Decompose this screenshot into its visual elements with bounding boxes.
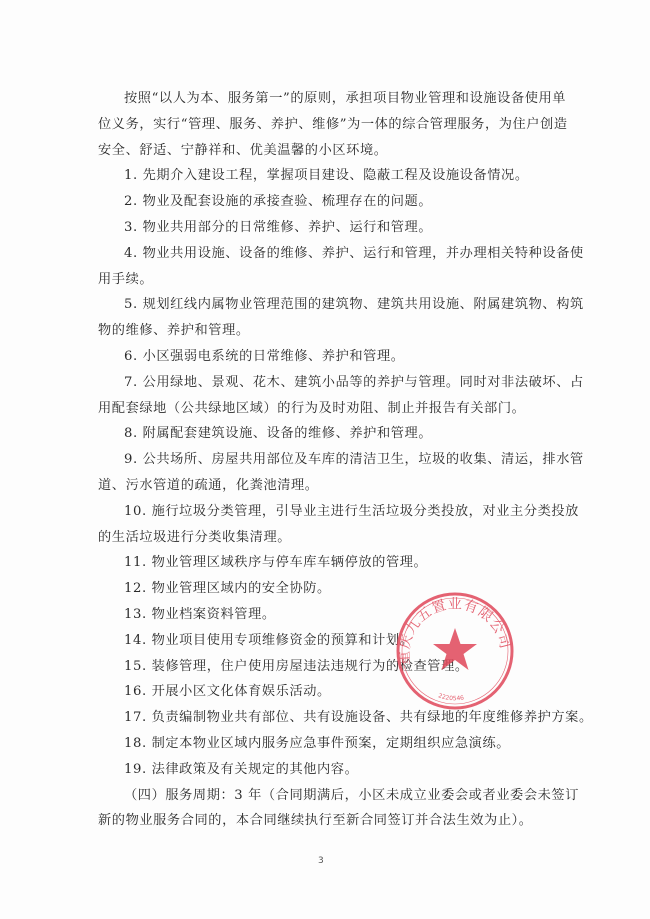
text-line: 15. 装修管理，住户使用房屋违法违规行为的检查管理。 (98, 654, 560, 680)
text-line: 物的维修、养护和管理。 (98, 318, 560, 344)
text-line: 16. 开展小区文化体育娱乐活动。 (98, 679, 560, 705)
text-line: 1. 先期介入建设工程，掌握项目建设、隐蔽工程及设施设备情况。 (98, 163, 560, 189)
text-line: 13. 物业档案资料管理。 (98, 602, 560, 628)
text-line: 12. 物业管理区域内的安全协防。 (98, 576, 560, 602)
text-line: 道、污水管道的疏通，化粪池清理。 (98, 473, 560, 499)
text-line: 10. 施行垃圾分类管理，引导业主进行生活垃圾分类投放，对业主分类投放 (98, 499, 560, 525)
text-line: 17. 负责编制物业共有部位、共有设施设备、共有绿地的年度维修养护方案。 (98, 705, 560, 731)
text-line: 3. 物业共用部分的日常维修、养护、运行和管理。 (98, 215, 560, 241)
text-line: 7. 公用绿地、景观、花木、建筑小品等的养护与管理。同时对非法破坏、占 (98, 370, 560, 396)
text-line: 4. 物业共用设施、设备的维修、养护、运行和管理，并办理相关特种设备使 (98, 241, 560, 267)
text-line: 用手续。 (98, 267, 560, 293)
text-line: 安全、舒适、宁静祥和、优美温馨的小区环境。 (98, 138, 560, 164)
text-line: 按照“以人为本、服务第一”的原则，承担项目物业管理和设施设备使用单 (98, 86, 560, 112)
text-line: 的生活垃圾进行分类收集清理。 (98, 525, 560, 551)
text-line: 14. 物业项目使用专项维修资金的预算和计划。 (98, 628, 560, 654)
text-line: 8. 附属配套建筑设施、设备的维修、养护和管理。 (98, 421, 560, 447)
text-line: 新的物业服务合同的，本合同继续执行至新合同签订并合法生效为止）。 (98, 808, 560, 834)
page-number: 3 (318, 856, 324, 866)
text-line: 18. 制定本物业区域内服务应急事件预案，定期组织应急演练。 (98, 731, 560, 757)
document-body: 按照“以人为本、服务第一”的原则，承担项目物业管理和设施设备使用单位义务，实行“… (98, 86, 560, 834)
text-line: 2. 物业及配套设施的承接查验、梳理存在的问题。 (98, 189, 560, 215)
text-line: 19. 法律政策及有关规定的其他内容。 (98, 757, 560, 783)
text-line: 11. 物业管理区域秩序与停车库车辆停放的管理。 (98, 550, 560, 576)
text-line: （四）服务周期：3 年（合同期满后，小区未成立业委会或者业委会未签订 (98, 783, 560, 809)
text-line: 6. 小区强弱电系统的日常维修、养护和管理。 (98, 344, 560, 370)
text-line: 5. 规划红线内属物业管理范围的建筑物、建筑共用设施、附属建筑物、构筑 (98, 292, 560, 318)
document-page: 按照“以人为本、服务第一”的原则，承担项目物业管理和设施设备使用单位义务，实行“… (0, 0, 650, 919)
text-line: 用配套绿地（公共绿地区域）的行为及时劝阻、制止并报告有关部门。 (98, 396, 560, 422)
text-line: 9. 公共场所、房屋共用部位及车库的清洁卫生，垃圾的收集、清运，排水管 (98, 447, 560, 473)
text-line: 位义务，实行“管理、服务、养护、维修”为一体的综合管理服务，为住户创造 (98, 112, 560, 138)
